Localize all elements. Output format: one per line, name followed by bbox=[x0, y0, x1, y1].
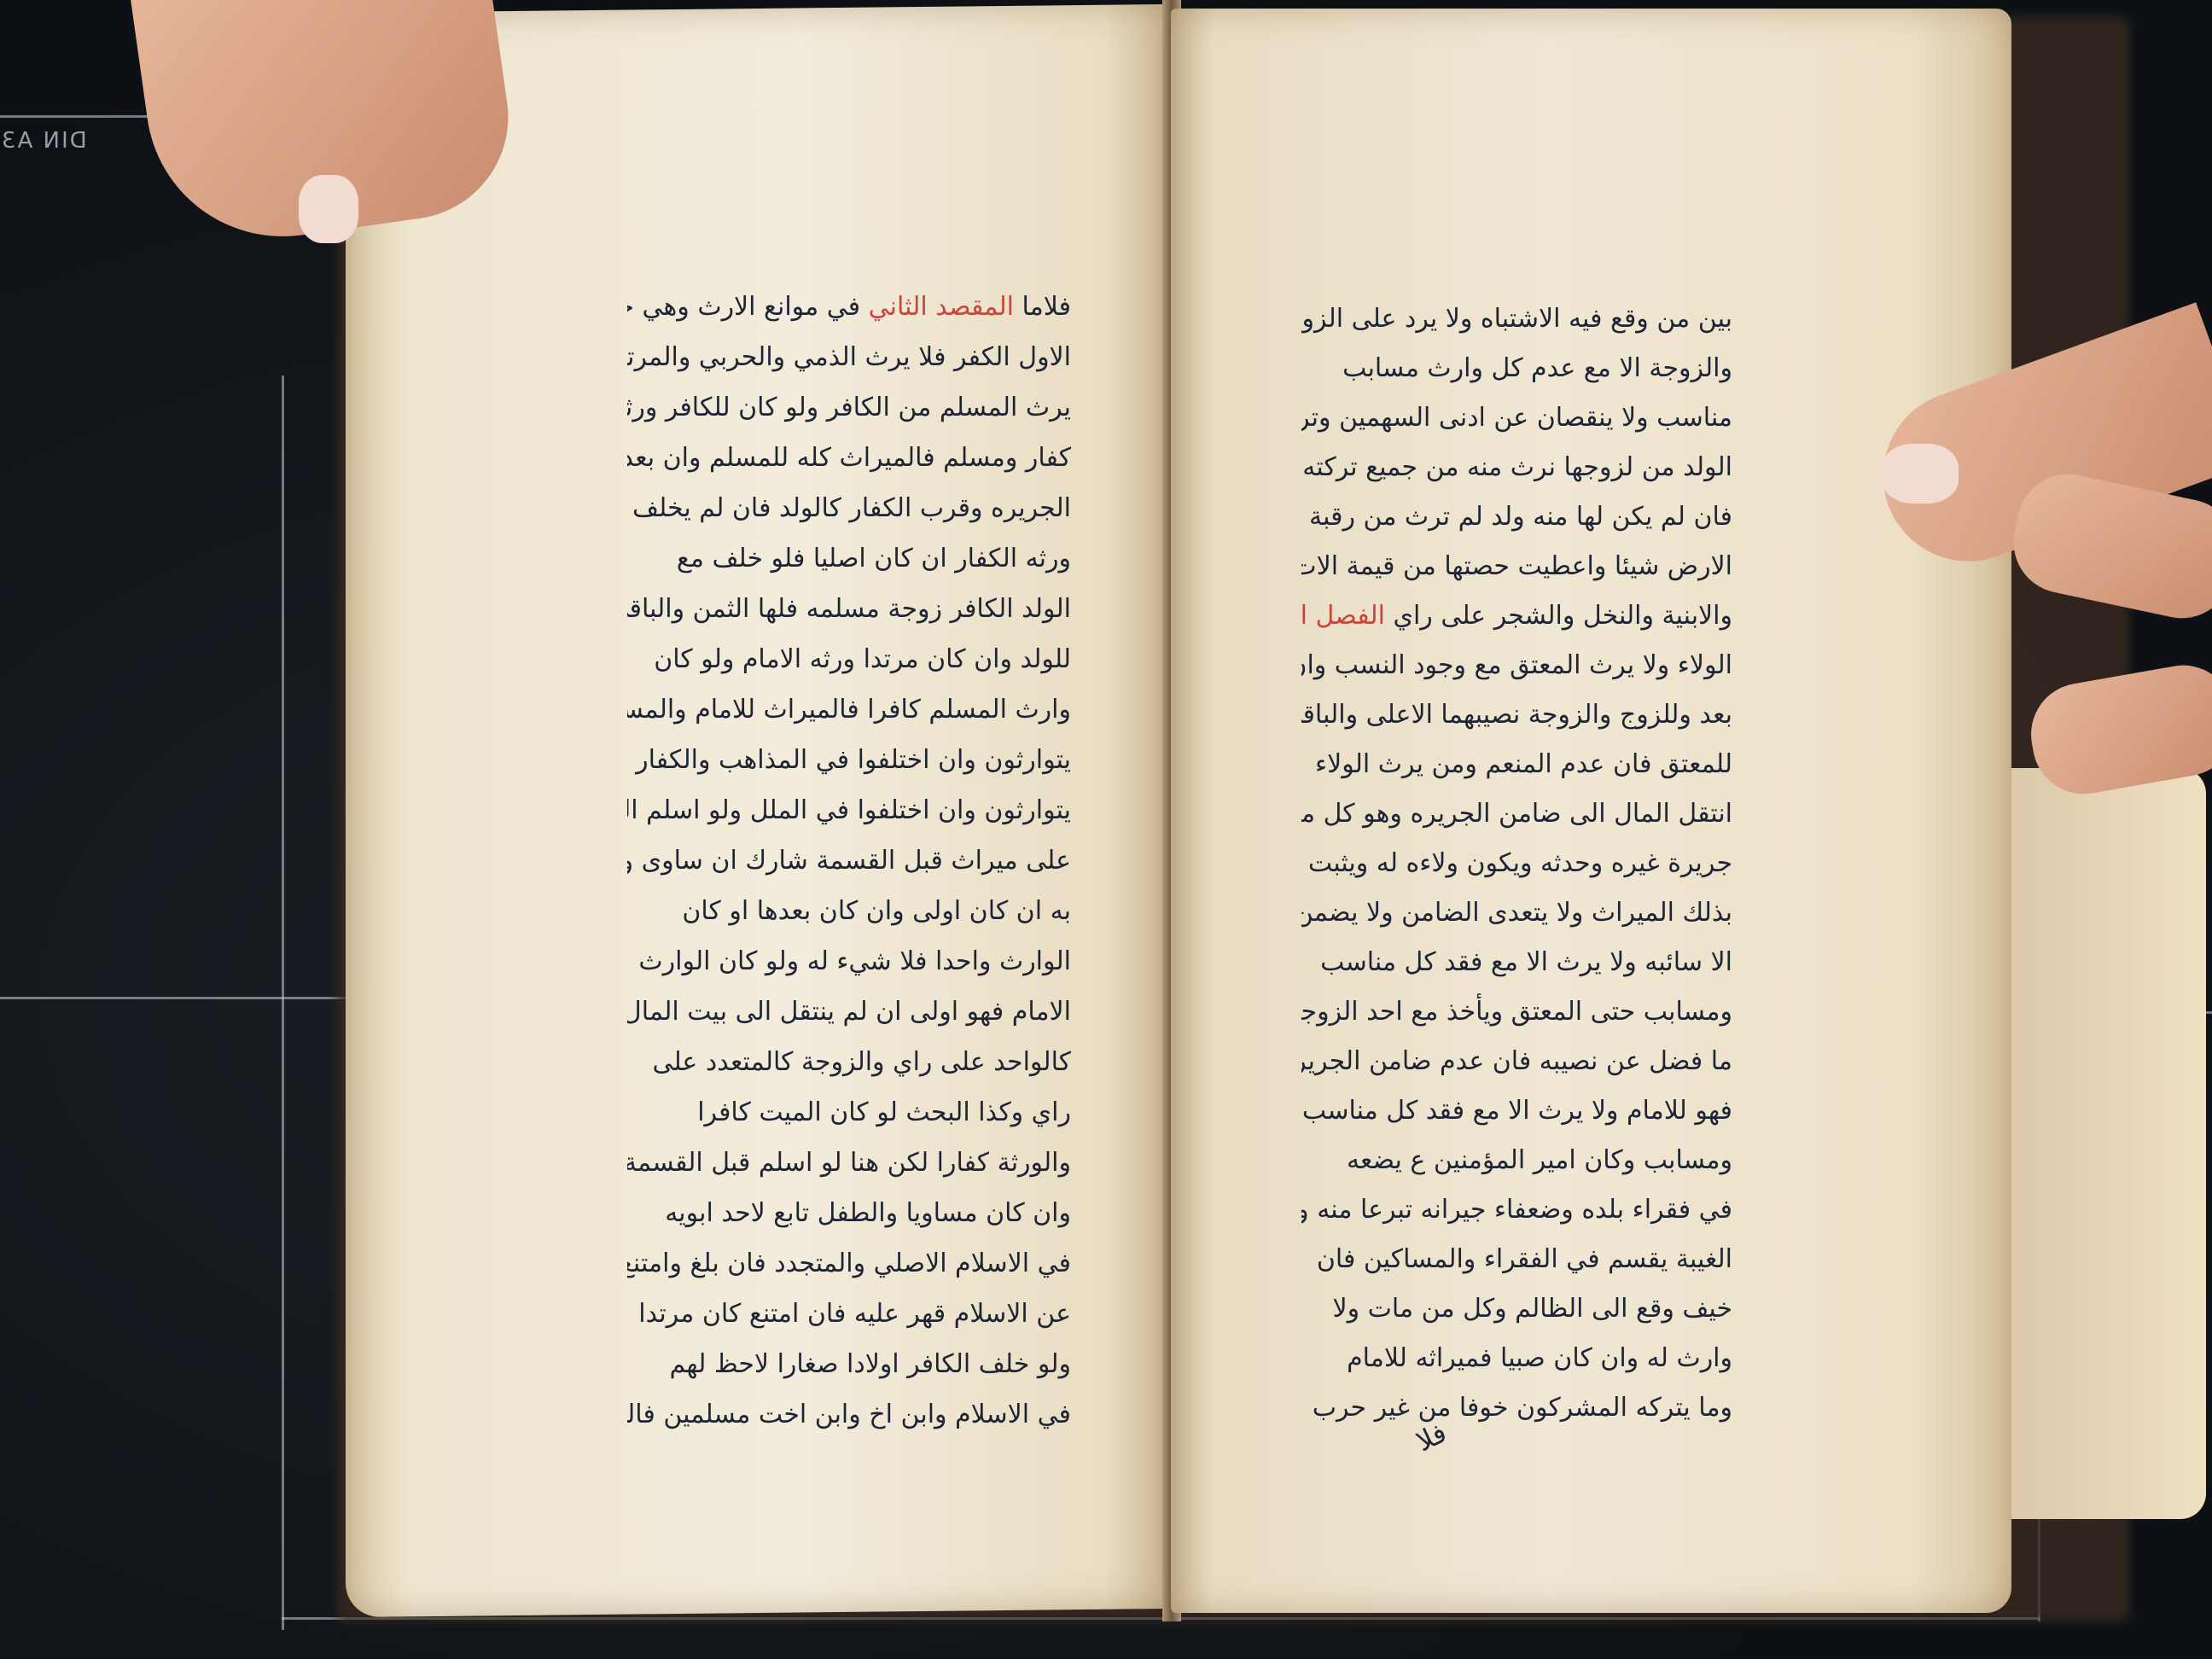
text-line: للولد وان كان مرتدا ورثه الامام ولو كان bbox=[627, 634, 1071, 684]
text-line: ومسابب حتى المعتق ويأخذ مع احد الزوجين bbox=[1301, 987, 1732, 1037]
text-line: ورثه الكفار ان كان اصليا فلو خلف مع bbox=[627, 533, 1071, 584]
text-line: جريرة غيره وحدثه ويكون ولاءه له ويثبت bbox=[1301, 839, 1732, 888]
text-line: وان كان مساويا والطفل تابع لاحد ابويه bbox=[627, 1188, 1071, 1238]
text-line: للمعتق فان عدم المنعم ومن يرث الولاء bbox=[1301, 740, 1732, 789]
right-page-text: بين من وقع فيه الاشتباه ولا يرد على الزو… bbox=[1301, 294, 1732, 1433]
thumbnail bbox=[299, 175, 358, 243]
text-line: يتوارثون وان اختلفوا في الملل ولو اسلم ا… bbox=[627, 785, 1071, 835]
text-line: والزوجة الا مع عدم كل وارث مسابب bbox=[1301, 344, 1732, 393]
mat-grid-line bbox=[282, 375, 284, 1630]
text-line: به ان كان اولى وان كان بعدها او كان bbox=[627, 886, 1071, 936]
text-line: وارث له وان كان صبيا فميراثه للامام bbox=[1301, 1334, 1732, 1383]
text-line: عن الاسلام قهر عليه فان امتنع كان مرتدا bbox=[627, 1289, 1071, 1339]
text-line: الا سائبه ولا يرث الا مع فقد كل مناسب bbox=[1301, 938, 1732, 987]
text-line: فان لم يكن لها منه ولد لم ترث من رقبة bbox=[1301, 492, 1732, 542]
text-line: مناسب ولا ينقصان عن ادنى السهمين وترث bbox=[1301, 393, 1732, 443]
text-line: فلاما المقصد الثاني في موانع الارث وهي خ… bbox=[627, 282, 1071, 332]
text-line: وارث المسلم كافرا فالميراث للامام والمسل… bbox=[627, 684, 1071, 735]
text-line: في فقراء بلده وضعفاء جيرانه تبرعا منه وم… bbox=[1301, 1185, 1732, 1235]
text-line: كالواحد على راي والزوجة كالمتعدد على bbox=[627, 1037, 1071, 1087]
text-line: في الاسلام الاصلي والمتجدد فان بلغ وامتن… bbox=[627, 1238, 1071, 1289]
text-line: الولاء ولا يرث المعتق مع وجود النسب وان bbox=[1301, 641, 1732, 690]
text-line: الارض شيئا واعطيت حصتها من قيمة الات bbox=[1301, 542, 1732, 591]
text-line: ما فضل عن نصيبه فان عدم ضامن الجريرة bbox=[1301, 1037, 1732, 1086]
text-line: الولد الكافر زوجة مسلمه فلها الثمن والبا… bbox=[627, 584, 1071, 634]
rubric-heading: المقصد الثاني bbox=[869, 292, 1014, 322]
text-line: ومسابب وكان امير المؤمنين ع يضعه bbox=[1301, 1136, 1732, 1185]
text-line: الوارث واحدا فلا شيء له ولو كان الوارث bbox=[627, 936, 1071, 987]
rubric-heading: الفصل الخامس bbox=[1301, 601, 1385, 631]
text-line: يرث المسلم من الكافر ولو كان للكافر ورثه bbox=[627, 382, 1071, 433]
text-line: انتقل المال الى ضامن الجريره وهو كل من ض… bbox=[1301, 789, 1732, 839]
text-line: راي وكذا البحث لو كان الميت كافرا bbox=[627, 1087, 1071, 1138]
mat-grid-line bbox=[0, 997, 358, 999]
text-line: الاول الكفر فلا يرث الذمي والحربي والمرت… bbox=[627, 332, 1071, 382]
text-line: ولو خلف الكافر اولادا صغارا لاحظ لهم bbox=[627, 1339, 1071, 1389]
text-line: في الاسلام وابن اخ وابن اخت مسلمين فالمي… bbox=[627, 1389, 1071, 1440]
text-line: يتوارثون وان اختلفوا في المذاهب والكفار bbox=[627, 735, 1071, 785]
thumbnail bbox=[1882, 444, 1959, 504]
text-line: والورثة كفارا لكن هنا لو اسلم قبل القسمة… bbox=[627, 1138, 1071, 1188]
text-line: الامام فهو اولى ان لم ينتقل الى بيت الما… bbox=[627, 987, 1071, 1037]
text-line: خيف وقع الى الظالم وكل من مات ولا bbox=[1301, 1284, 1732, 1334]
text-line: على ميراث قبل القسمة شارك ان ساوى واختص bbox=[627, 835, 1071, 886]
text-line: بذلك الميراث ولا يتعدى الضامن ولا يضمن bbox=[1301, 888, 1732, 938]
text-line: كفار ومسلم فالميراث كله للمسلم وان بعد ك… bbox=[627, 433, 1071, 483]
loose-back-leaf bbox=[1988, 768, 2206, 1519]
text-line: والابنية والنخل والشجر على راي الفصل الخ… bbox=[1301, 591, 1732, 641]
text-line: فهو للامام ولا يرث الا مع فقد كل مناسب bbox=[1301, 1086, 1732, 1136]
text-line: الجريره وقرب الكفار كالولد فان لم يخلف م… bbox=[627, 483, 1071, 533]
text-line: بين من وقع فيه الاشتباه ولا يرد على الزو… bbox=[1301, 294, 1732, 344]
mat-label: DIN A3 bbox=[0, 128, 87, 154]
text-line: بعد وللزوج والزوجة نصيبهما الاعلى والباق… bbox=[1301, 690, 1732, 740]
left-page-text: فلاما المقصد الثاني في موانع الارث وهي خ… bbox=[627, 282, 1071, 1440]
text-line: الغيبة يقسم في الفقراء والمساكين فان bbox=[1301, 1235, 1732, 1284]
text-line: الولد من لزوجها نرث منه من جميع تركته bbox=[1301, 443, 1732, 492]
text-line: وما يتركه المشركون خوفا من غير حرب bbox=[1301, 1383, 1732, 1433]
